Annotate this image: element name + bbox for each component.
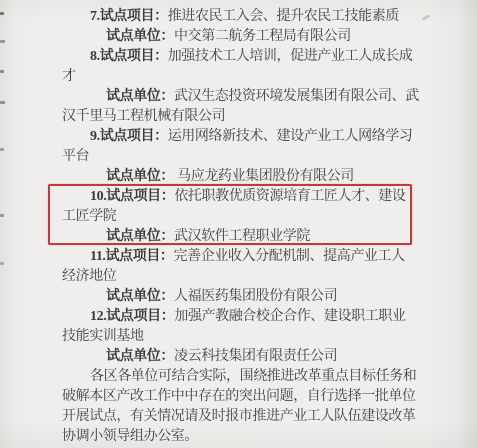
text-line: 经济地位	[62, 267, 414, 287]
line-label: 10.试点项目：	[90, 189, 174, 204]
line-text: 运用网络新技术、建设产业工人网络学习	[168, 129, 413, 144]
text-line: 试点单位：武汉软件工程职业学院	[62, 227, 414, 247]
text-line: 12.试点项目：加强产教融合校企合作、建设职工职业	[62, 307, 414, 327]
text-line: 试点单位： 马应龙药业集团股份有限公司	[62, 167, 414, 187]
text-line: 7.试点项目：推进农民工入会、提升农民工技能素质	[62, 7, 414, 27]
text-line: 汉千里马工程机械有限公司	[62, 107, 414, 127]
line-label: 9.试点项目：	[90, 129, 168, 144]
text-line: 才	[62, 67, 414, 87]
line-label: 试点单位：	[106, 169, 174, 184]
line-label: 11.试点项目：	[90, 249, 174, 264]
text-line: 各区各单位可结合实际，围绕推进改革重点目标任务和	[62, 367, 414, 387]
line-label: 试点单位：	[106, 89, 174, 104]
line-label: 试点单位：	[106, 349, 174, 364]
line-text: 完善企业收入分配机制、提高产业工人	[174, 249, 405, 264]
line-text: 依托职教优质资源培育工匠人才、建设	[174, 189, 405, 204]
line-text: 汉千里马工程机械有限公司	[62, 109, 225, 124]
text-line: 试点单位：中交第二航务工程局有限公司	[62, 27, 414, 47]
scan-artifact	[0, 101, 5, 104]
line-label: 试点单位：	[106, 229, 174, 244]
scanned-document-page: 7.试点项目：推进农民工入会、提升农民工技能素质试点单位：中交第二航务工程局有限…	[0, 0, 477, 448]
line-text: 经济地位	[62, 269, 116, 284]
line-text: 各区各单位可结合实际，围绕推进改革重点目标任务和	[90, 369, 416, 384]
text-line: 9.试点项目：运用网络新技术、建设产业工人网络学习	[62, 127, 414, 147]
line-label: 试点单位：	[106, 289, 174, 304]
scan-artifact	[0, 214, 4, 217]
line-text: 凌云科技集团有限责任公司	[174, 349, 337, 364]
text-line: 工匠学院	[62, 207, 414, 227]
text-line: 技能实训基地	[62, 327, 414, 347]
scan-artifact	[0, 12, 4, 15]
line-text: 才	[62, 69, 76, 84]
line-text: 加强产教融合校企合作、建设职工职业	[174, 309, 405, 324]
line-text: 推进农民工入会、提升农民工技能素质	[168, 9, 399, 24]
scan-smudge	[422, 14, 430, 21]
line-label: 12.试点项目：	[90, 309, 174, 324]
line-label: 试点单位：	[106, 29, 174, 44]
text-line: 8.试点项目：加强技术工人培训，促进产业工人成长成	[62, 47, 414, 67]
line-text: 人福医药集团股份有限公司	[174, 289, 337, 304]
text-line: 10.试点项目：依托职教优质资源培育工匠人才、建设	[62, 187, 414, 207]
line-text: 加强技术工人培训，促进产业工人成长成	[168, 49, 413, 64]
line-text: 技能实训基地	[62, 329, 144, 344]
line-text: 工匠学院	[62, 209, 116, 224]
text-line: 开展试点，有关情况请及时报市推进产业工人队伍建设改革	[62, 407, 414, 427]
line-text: 平台	[62, 149, 89, 164]
text-line: 试点单位：人福医药集团股份有限公司	[62, 287, 414, 307]
text-line: 平台	[62, 147, 414, 167]
document-text: 7.试点项目：推进农民工入会、提升农民工技能素质试点单位：中交第二航务工程局有限…	[62, 7, 414, 447]
line-text: 协调小领导组办公室。	[62, 429, 198, 444]
line-text: 马应龙药业集团股份有限公司	[174, 169, 354, 184]
scan-artifact	[0, 262, 4, 265]
line-text: 武汉生态投资环境发展集团有限公司、武	[174, 89, 419, 104]
scan-artifact	[0, 70, 4, 73]
text-line: 试点单位：武汉生态投资环境发展集团有限公司、武	[62, 87, 414, 107]
scan-artifact	[0, 40, 5, 43]
line-text: 破解本区产改工作中中存在的突出问题，自行选择一批单位	[62, 389, 416, 404]
line-label: 8.试点项目：	[90, 49, 168, 64]
text-line: 破解本区产改工作中中存在的突出问题，自行选择一批单位	[62, 387, 414, 407]
scan-artifact	[0, 148, 4, 151]
line-text: 武汉软件工程职业学院	[174, 229, 310, 244]
text-line: 协调小领导组办公室。	[62, 427, 414, 447]
line-text: 中交第二航务工程局有限公司	[174, 29, 351, 44]
text-line: 11.试点项目：完善企业收入分配机制、提高产业工人	[62, 247, 414, 267]
line-label: 7.试点项目：	[90, 9, 168, 24]
line-text: 开展试点，有关情况请及时报市推进产业工人队伍建设改革	[62, 409, 416, 424]
text-line: 试点单位：凌云科技集团有限责任公司	[62, 347, 414, 367]
